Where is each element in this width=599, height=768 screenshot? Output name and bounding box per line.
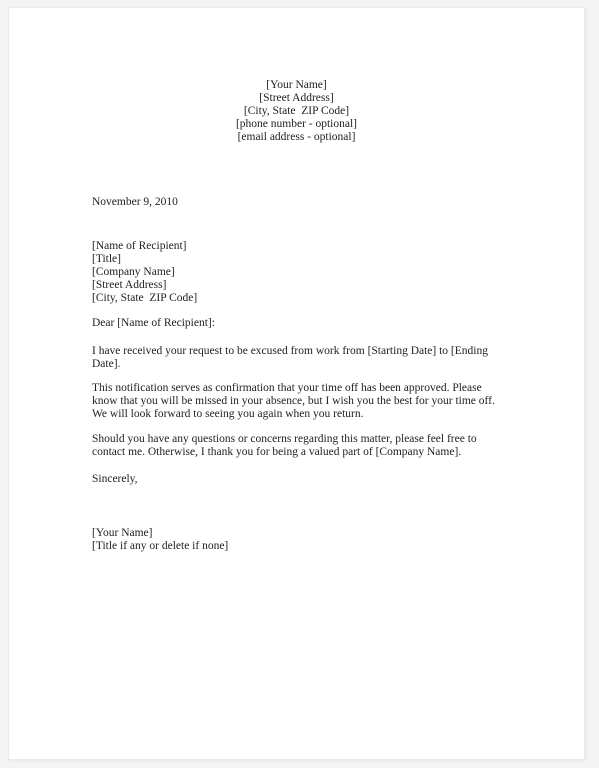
body-paragraph-2: This notification serves as confirmation… [92, 382, 562, 421]
body-paragraph-1: I have received your request to be excus… [92, 345, 562, 371]
body-paragraph-3: Should you have any questions or concern… [92, 433, 562, 459]
closing-line: Sincerely, [92, 473, 562, 486]
recipient-address-block: [Name of Recipient] [Title] [Company Nam… [92, 240, 562, 305]
letter-page: [Your Name] [Street Address] [City, Stat… [8, 7, 585, 760]
signature-block: [Your Name] [Title if any or delete if n… [92, 527, 562, 553]
document-background: [Your Name] [Street Address] [City, Stat… [0, 0, 599, 768]
letter-body: November 9, 2010 [Name of Recipient] [Ti… [9, 196, 584, 553]
salutation: Dear [Name of Recipient]: [92, 317, 562, 330]
sender-address-block: [Your Name] [Street Address] [City, Stat… [9, 79, 584, 144]
date-line: November 9, 2010 [92, 196, 562, 209]
